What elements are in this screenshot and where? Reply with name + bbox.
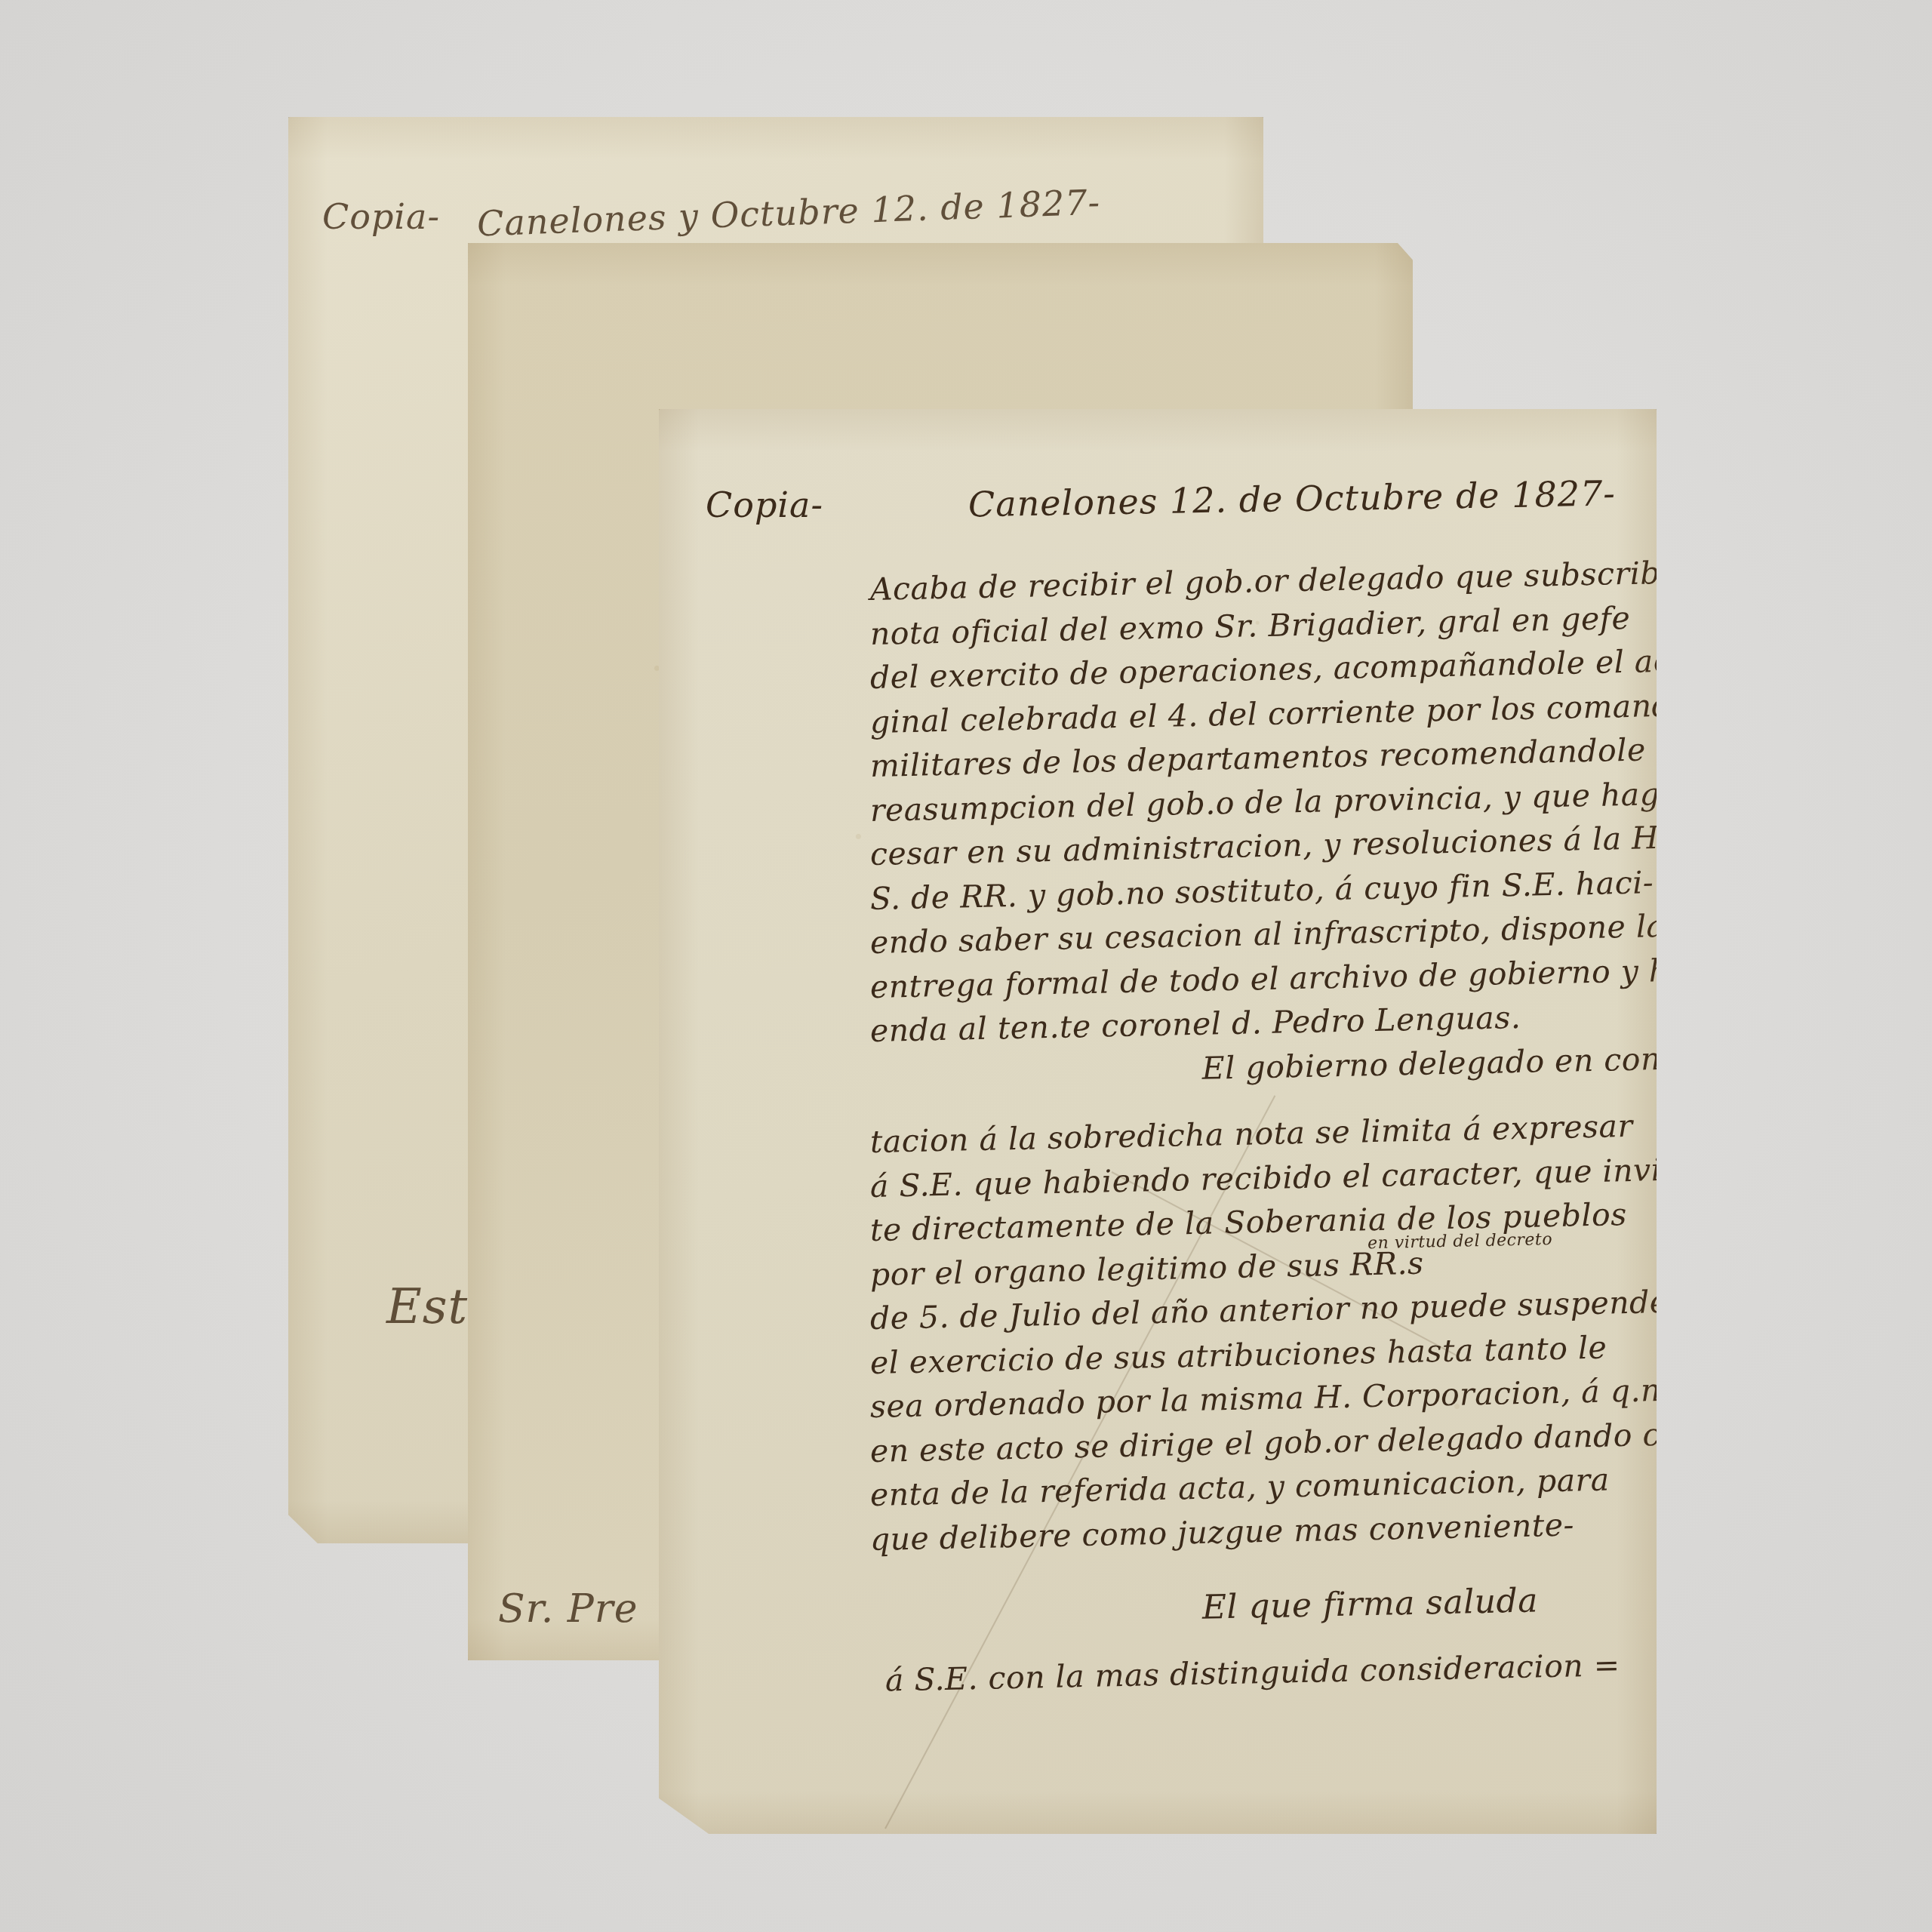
interlinear-insertion: en virtud del decreto bbox=[1367, 1230, 1552, 1253]
middle-page-address-fragment: Sr. Pre bbox=[498, 1586, 638, 1632]
letter-body: Acaba de recibir el gob.or delegado que … bbox=[870, 571, 1625, 1706]
front-page-date-header: Canelones 12. de Octubre de 1827- bbox=[968, 473, 1617, 525]
front-page-copia-label: Copia- bbox=[706, 485, 823, 525]
back-page-date-header: Canelones y Octubre 12. de 1827- bbox=[476, 182, 1100, 245]
back-page-copia-label: Copia- bbox=[322, 196, 440, 237]
manuscript-page-front: Copia- Canelones 12. de Octubre de 1827-… bbox=[659, 409, 1657, 1834]
